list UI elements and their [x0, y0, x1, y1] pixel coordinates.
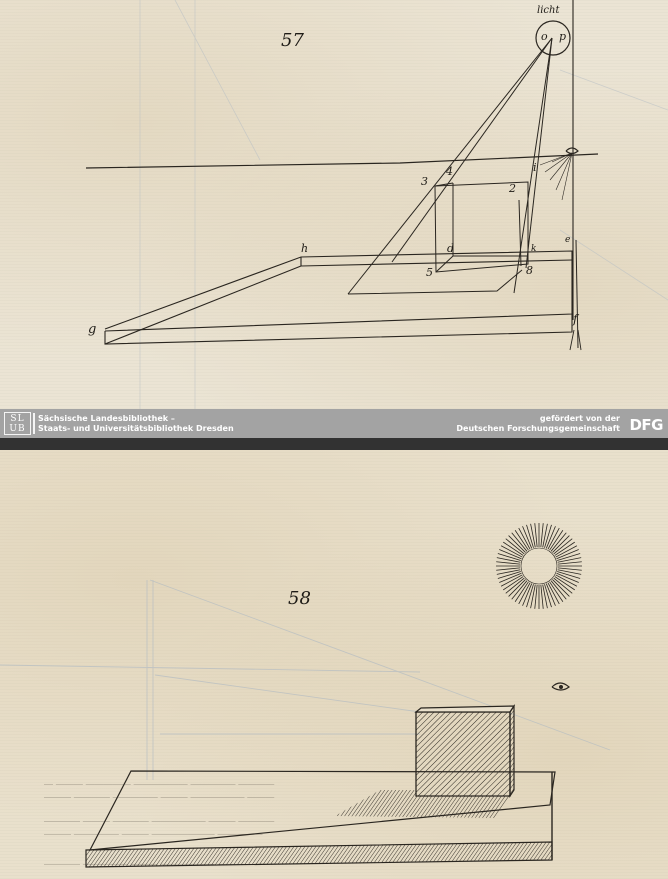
slub-logo-line2: UB	[5, 424, 30, 434]
label-h: h	[301, 242, 308, 255]
label-i: i	[533, 161, 537, 174]
slub-logo[interactable]: SL UB	[4, 412, 31, 435]
bleed-through-text: ――― ――――― ――― ――――――― ―――――	[44, 830, 262, 840]
funder-line1: gefördert von der	[456, 414, 620, 424]
banner-divider	[0, 438, 668, 450]
label-p: p	[559, 30, 566, 43]
label-4: 4	[446, 165, 453, 178]
label-3: 3	[421, 175, 428, 188]
bleed-through-text: ――― ―――― ――――― ――― ―――――― ―――	[44, 793, 274, 803]
figure-57-drawing	[0, 0, 668, 409]
bleed-through-text: ―――― ――― ―――― ―――――― ――― ――――	[44, 817, 274, 827]
dfg-logo[interactable]: DFG	[629, 416, 663, 434]
figure-number-58: 58	[288, 588, 311, 609]
bleed-through-text: ―――― ――――― ――― ―――――― ――――	[44, 860, 253, 870]
library-banner: SL UB Sächsische Landesbibliothek – Staa…	[0, 409, 668, 438]
label-f: f	[573, 312, 577, 326]
figure-number-57: 57	[281, 30, 304, 51]
sun-icon	[521, 548, 557, 584]
label-8: 8	[526, 264, 533, 277]
label-o: o	[541, 30, 548, 43]
book-page-lower: 58 ― ――― ――――― ―――――― ――――― ―――― ――― ―――…	[0, 450, 668, 879]
funder-credit: gefördert von der Deutschen Forschungsge…	[456, 414, 620, 434]
bleed-through-text: ― ――― ――――― ―――――― ――――― ――――	[44, 780, 274, 790]
label-k: k	[531, 244, 536, 254]
slub-logo-bar	[33, 413, 35, 434]
figure-58-drawing	[0, 450, 668, 879]
label-g: g	[88, 322, 96, 337]
library-name[interactable]: Sächsische Landesbibliothek – Staats- un…	[38, 414, 234, 434]
library-name-line1: Sächsische Landesbibliothek –	[38, 414, 234, 424]
label-light: licht	[537, 5, 559, 16]
label-5: 5	[426, 266, 433, 279]
library-name-line2: Staats- und Universitätsbibliothek Dresd…	[38, 424, 234, 434]
label-2: 2	[509, 182, 516, 195]
label-e: e	[565, 235, 570, 245]
label-d: d	[447, 242, 454, 255]
book-page-upper: 57 licht o p i 3 4 2 h d k e 5 8 g f	[0, 0, 668, 409]
slub-logo-line1: SL	[5, 414, 30, 424]
funder-line2: Deutschen Forschungsgemeinschaft	[456, 424, 620, 434]
